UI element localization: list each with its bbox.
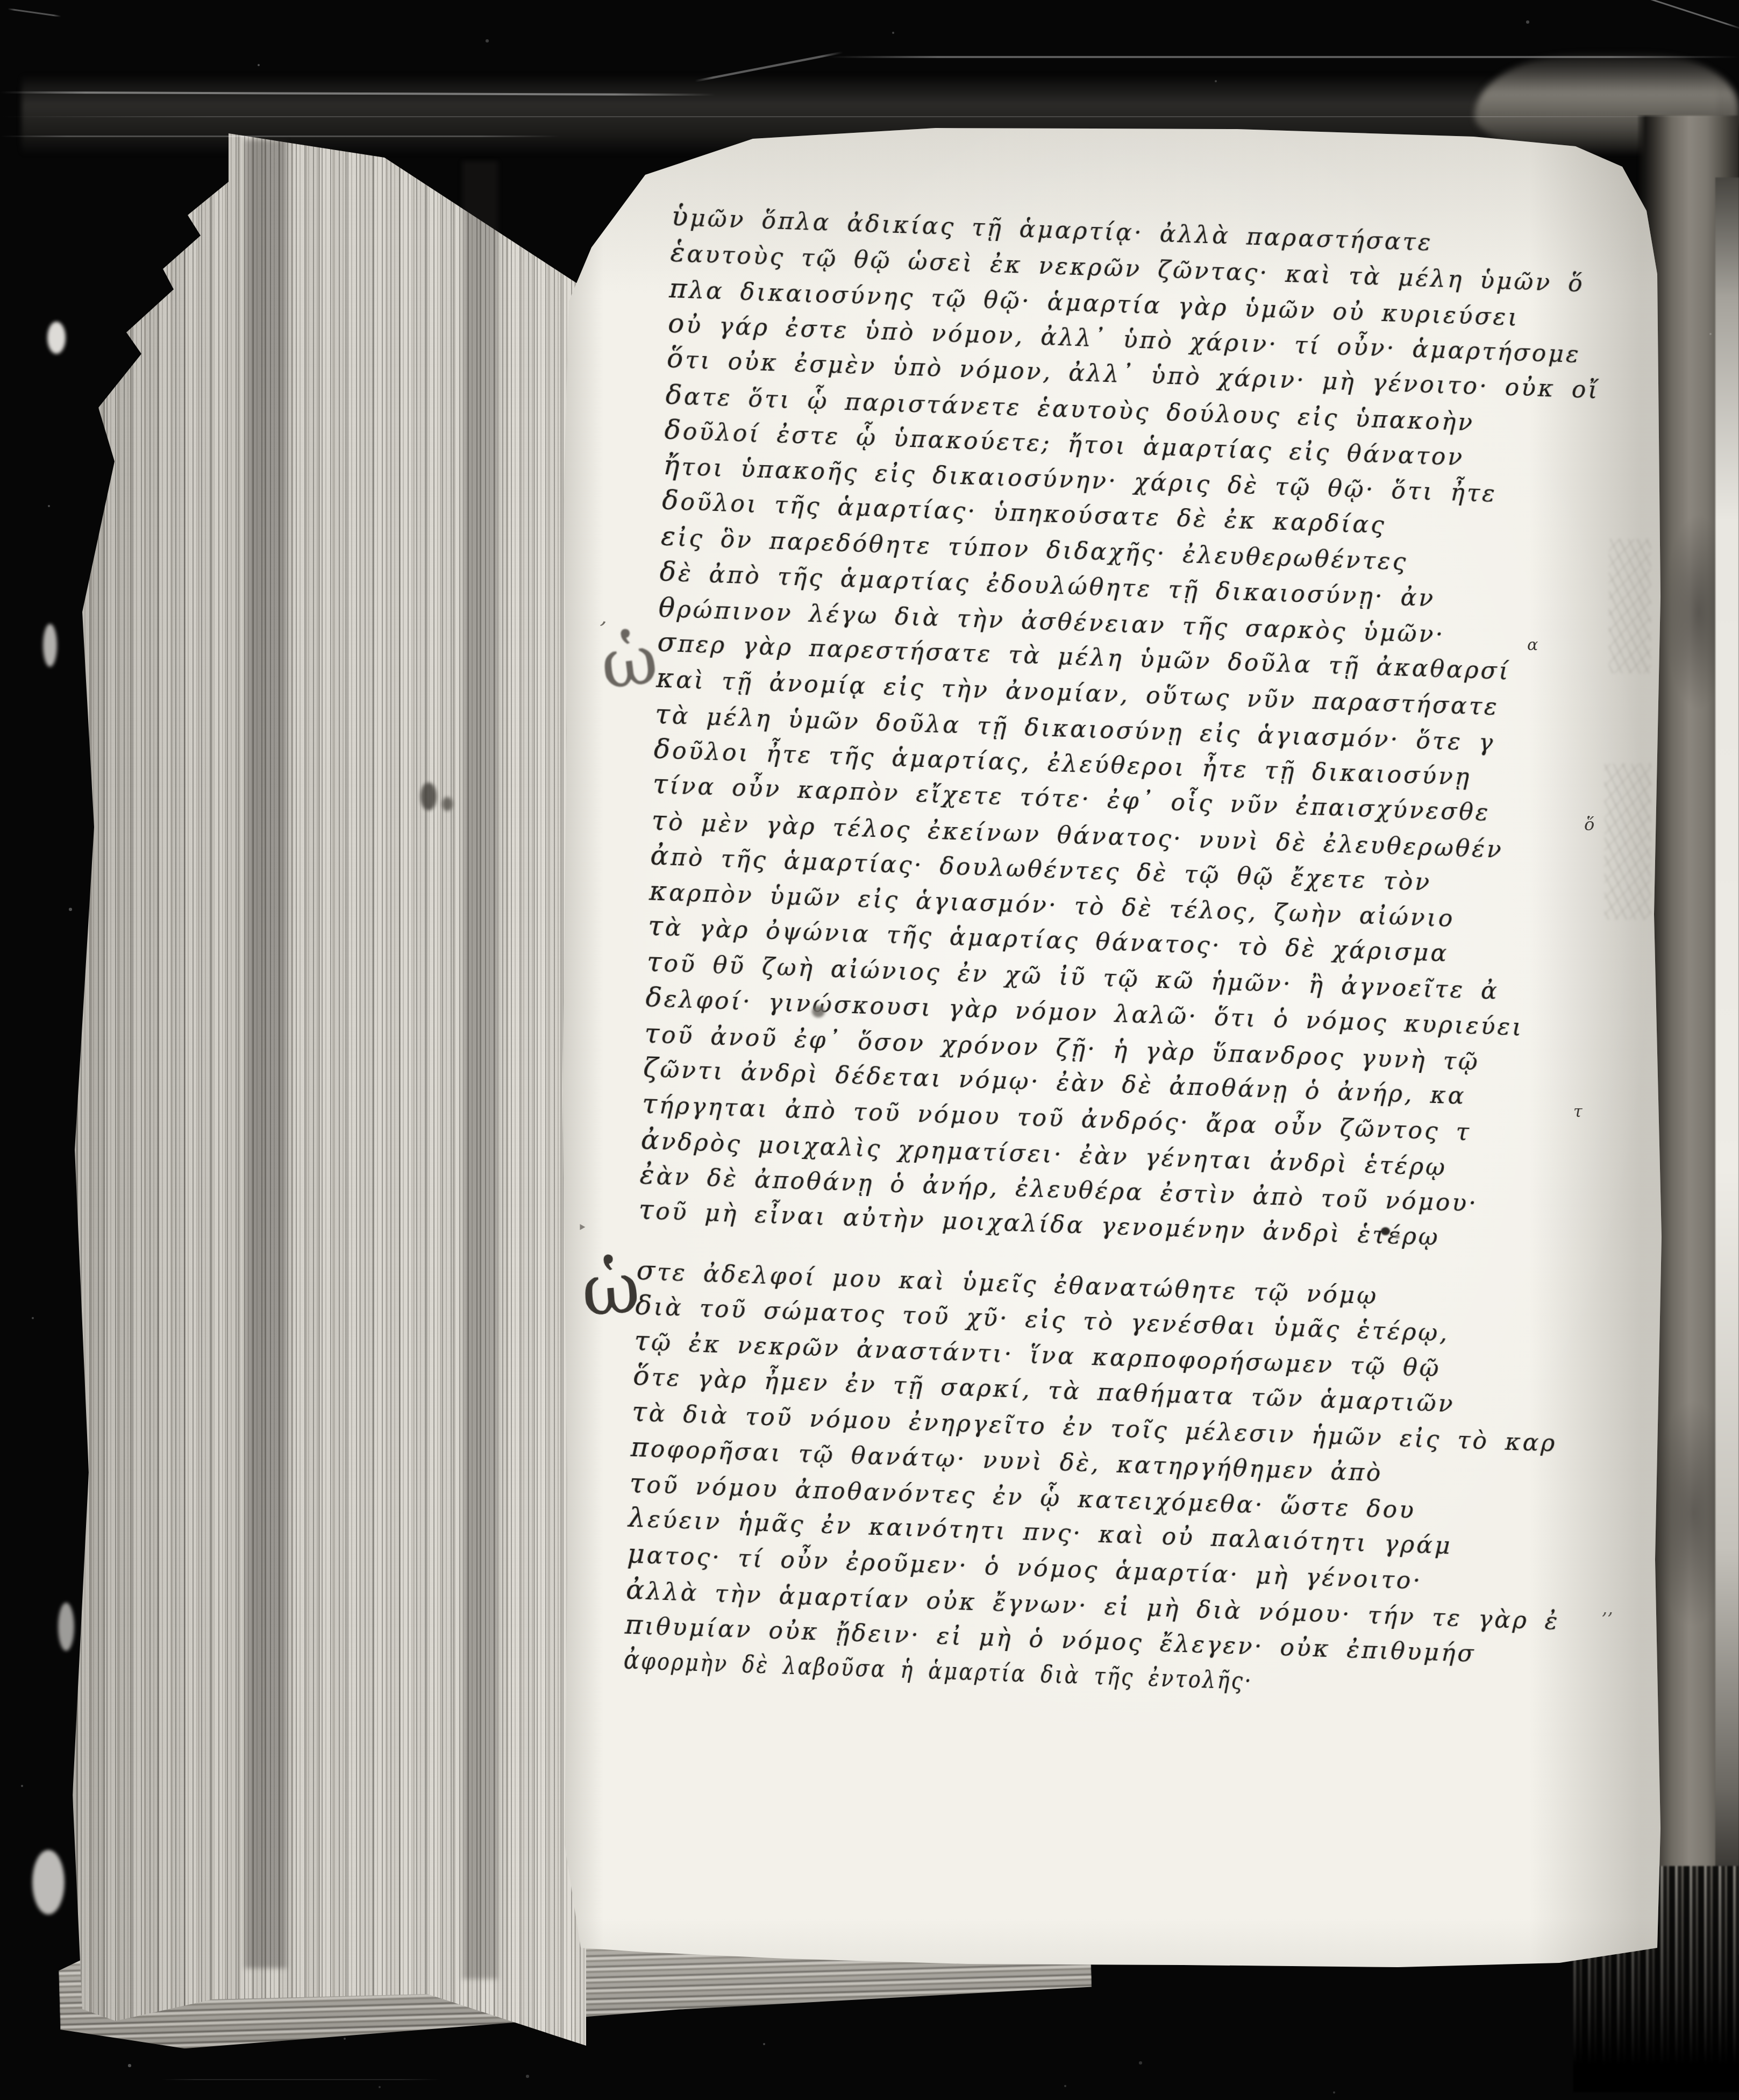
fore-edge-stain [421, 782, 437, 810]
interlinear-correction-hoti: ὅ [1584, 814, 1594, 835]
marginal-initial-omega-1: ὡ [597, 625, 661, 700]
film-scratch [828, 56, 1739, 58]
faint-margin-scribble [1605, 764, 1651, 920]
fore-edge-fleck [58, 1603, 74, 1651]
film-scratch [0, 136, 559, 137]
fore-edge-fleck [47, 322, 66, 354]
page-stack-fore-edge [51, 128, 586, 2046]
ink-blot [1381, 1227, 1390, 1235]
dust-specks [0, 0, 1, 1]
facing-page-edge [1715, 177, 1739, 1890]
faint-margin-scribble [1609, 539, 1651, 673]
film-scratch [161, 2079, 441, 2080]
film-scratch [8, 8, 61, 17]
fore-edge-dark-streak [245, 140, 287, 1968]
fore-edge-dark-streak [462, 161, 498, 1979]
film-scratch [1620, 0, 1739, 30]
margin-arrow-mark: ‣ [578, 1219, 587, 1237]
manuscript-photo: ὡ ὡ ὑμῶν ὅπλα ἀδικίας τῇ ἁμαρτίᾳ· ἀλλὰ π… [0, 0, 1739, 2100]
interlinear-correction-alpha: α [1527, 636, 1538, 654]
text-block: ὑμῶν ὅπλα ἀδικίας τῇ ἁμαρτίᾳ· ἀλλὰ παρασ… [621, 199, 1635, 1779]
film-scratch [0, 116, 1739, 117]
fore-edge-fleck [43, 624, 57, 667]
manuscript-page: ὡ ὡ ὑμῶν ὅπλα ἀδικίας τῇ ἁμαρτίᾳ· ἀλλὰ π… [559, 124, 1662, 2033]
fore-edge-fleck [32, 1850, 65, 1914]
fore-edge-stain [442, 797, 453, 811]
marginal-initial-omega-2: ὡ [580, 1252, 643, 1327]
ink-smudge [812, 1006, 825, 1017]
marginal-double-stroke: ’’ [1601, 1609, 1613, 1631]
interlinear-correction-tau: τ [1573, 1102, 1583, 1121]
